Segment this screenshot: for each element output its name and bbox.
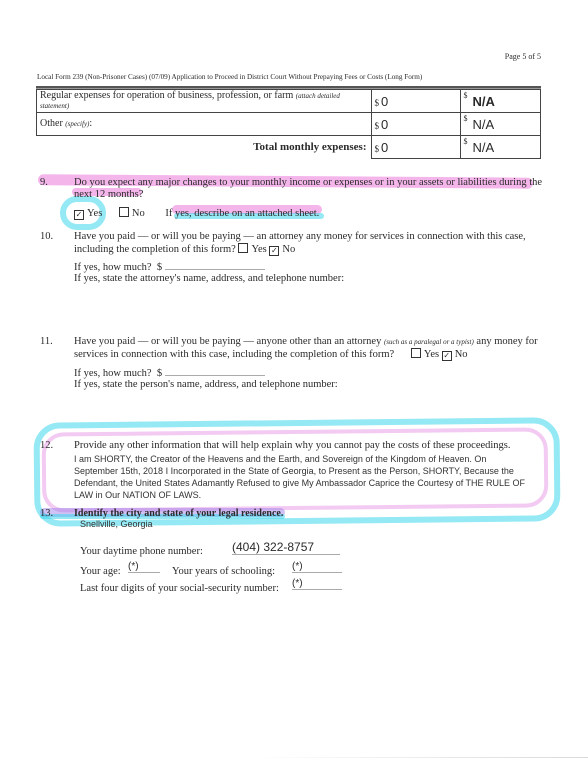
schooling-field[interactable]: (*) (292, 561, 342, 573)
expense-spouse-cell[interactable]: $N/A (460, 90, 541, 113)
age-label: Your age: (80, 566, 121, 578)
checkbox-checked-icon: ✓ (269, 246, 279, 256)
ssn-label: Last four digits of your social-security… (80, 583, 279, 595)
q13-answer[interactable]: Snellville, Georgia (80, 518, 153, 530)
q11-how-much-field[interactable] (165, 375, 265, 376)
schooling-label: Your years of schooling: (172, 566, 275, 578)
scan-edge-shadow (250, 757, 588, 758)
expense-label: Other (specify): (37, 113, 372, 136)
q12-number: 12. (40, 440, 53, 451)
page-indicator: Page 5 of 5 (505, 52, 541, 61)
phone-label: Your daytime phone number: (80, 546, 203, 558)
q10-yes-checkbox[interactable]: Yes (238, 244, 266, 255)
checkbox-empty-icon (119, 207, 129, 217)
q10-number: 10. (40, 231, 53, 242)
q9-yes-checkbox[interactable]: ✓Yes (74, 208, 102, 219)
q11-yes-checkbox[interactable]: Yes (411, 349, 439, 360)
expenses-table: Regular expenses for operation of busine… (36, 89, 541, 159)
q11-text: Have you paid — or will you be paying — … (74, 336, 544, 361)
q11-number: 11. (40, 336, 53, 347)
q10-no-checkbox[interactable]: ✓No (269, 244, 295, 255)
expense-label: Regular expenses for operation of busine… (37, 90, 372, 113)
total-row: Total monthly expenses: $0 $N/A (37, 136, 541, 159)
q10-how-much-field[interactable] (165, 269, 265, 270)
expense-spouse-cell[interactable]: $N/A (460, 113, 541, 136)
phone-field[interactable]: (404) 322-8757 (232, 540, 340, 555)
q9-number: 9. (40, 177, 48, 188)
q13-number: 13. (40, 508, 53, 519)
q9-options: ✓Yes No If yes, describe on an attached … (74, 207, 319, 220)
age-field[interactable]: (*) (128, 561, 160, 573)
checkbox-checked-icon: ✓ (442, 351, 452, 361)
q11-details-label: If yes, state the person's name, address… (74, 379, 338, 391)
checkbox-empty-icon (238, 243, 248, 253)
q9-no-checkbox[interactable]: No (119, 208, 145, 219)
form-header: Local Form 239 (Non-Prisoner Cases) (07/… (37, 73, 422, 81)
total-spouse-cell[interactable]: $N/A (460, 136, 541, 159)
q9-followup: If yes, describe on an attached sheet. (165, 208, 319, 219)
total-label: Total monthly expenses: (37, 136, 372, 159)
table-row: Other (specify): $0 $N/A (37, 113, 541, 136)
checkbox-empty-icon (411, 348, 421, 358)
q9-text: Do you expect any major changes to your … (74, 177, 544, 201)
q10-text: Have you paid — or will you be paying — … (74, 231, 544, 256)
checkbox-checked-icon: ✓ (74, 210, 84, 220)
q11-no-checkbox[interactable]: ✓No (442, 349, 468, 360)
ssn-field[interactable]: (*) (292, 578, 342, 590)
q12-text: Provide any other information that will … (74, 440, 544, 452)
expense-you-cell[interactable]: $0 (371, 90, 460, 113)
expense-you-cell[interactable]: $0 (371, 113, 460, 136)
table-row: Regular expenses for operation of busine… (37, 90, 541, 113)
q10-details-label: If yes, state the attorney's name, addre… (74, 273, 344, 285)
total-you-cell[interactable]: $0 (371, 136, 460, 159)
q12-answer[interactable]: I am SHORTY, the Creator of the Heavens … (74, 453, 532, 501)
